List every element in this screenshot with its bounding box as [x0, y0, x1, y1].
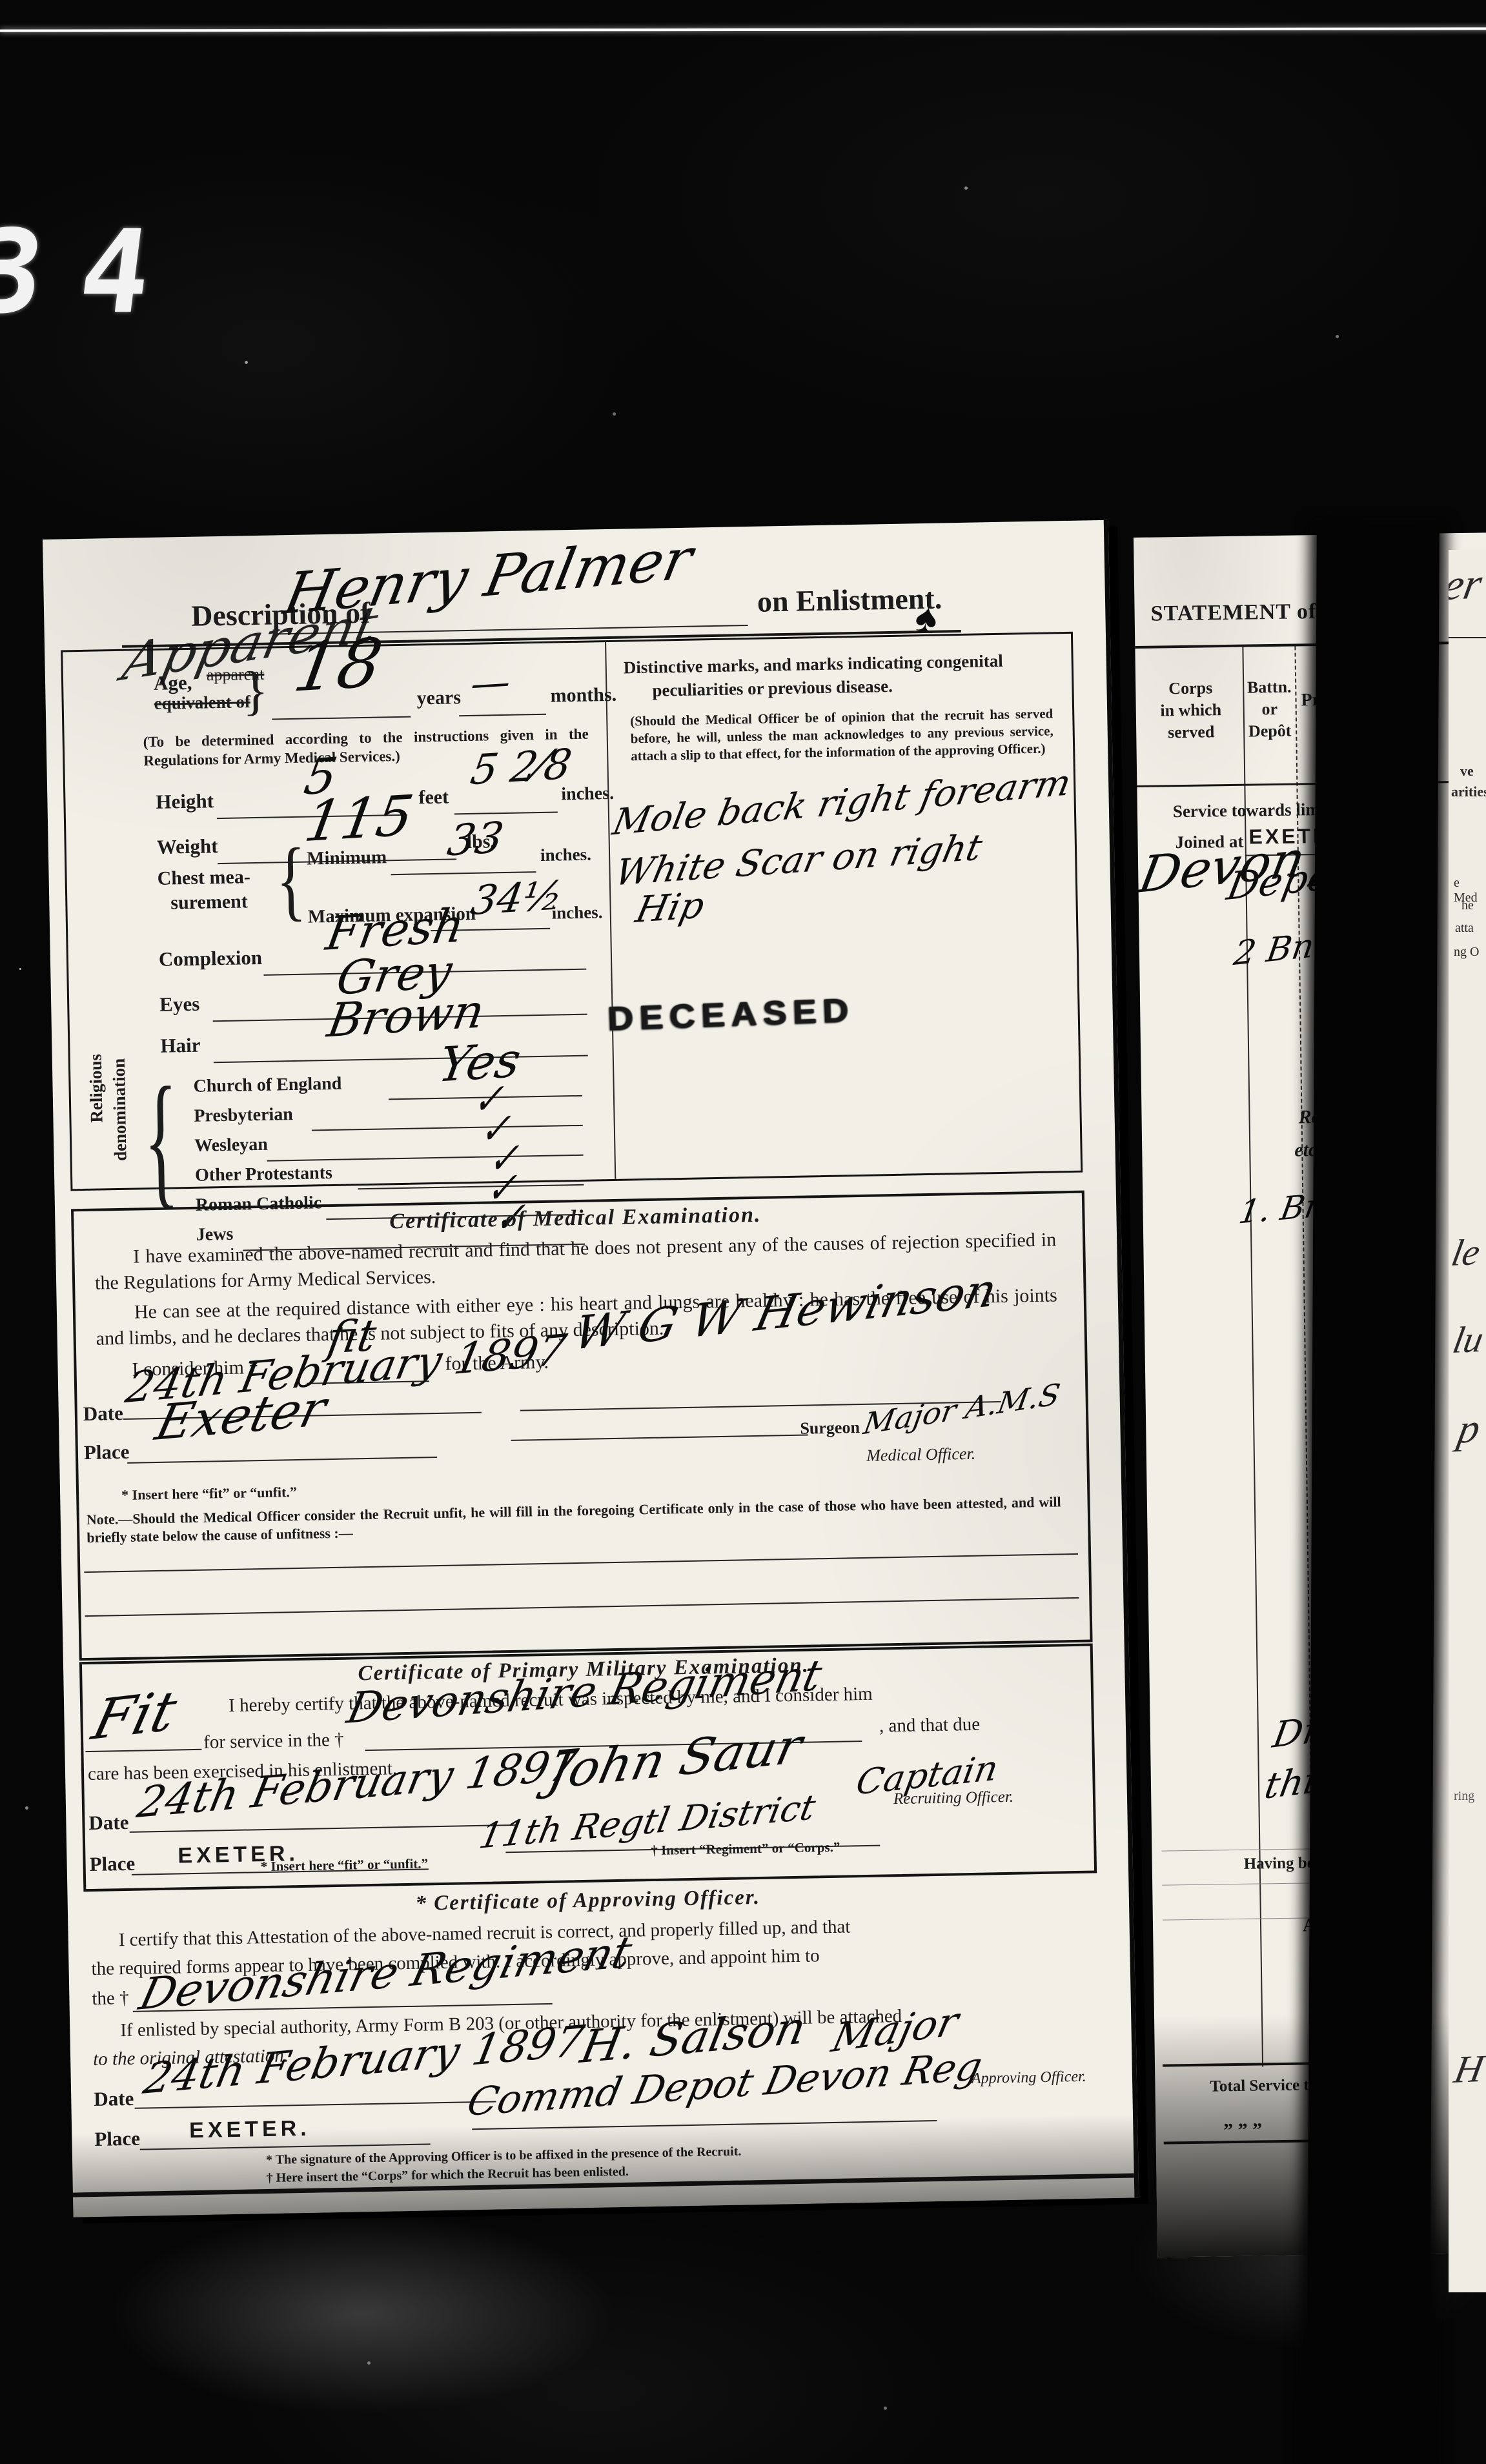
col2-line2: or — [1245, 698, 1293, 720]
film-dust-specks — [19, 968, 21, 970]
age-months-label: months. — [550, 684, 616, 707]
age-years-value: 18 — [289, 623, 388, 707]
sliver-fragment: he — [1461, 898, 1474, 913]
approving-blank-underline — [472, 2120, 937, 2130]
col2-line3: Depôt — [1246, 720, 1294, 742]
sliver-fragment: le — [1449, 1230, 1483, 1275]
chest-label-2: surement — [170, 891, 248, 914]
religion-row-label: Church of England — [193, 1074, 341, 1097]
medical-officer-printed: Medical Officer. — [866, 1444, 975, 1466]
surgeon-rank-printed: Surgeon — [800, 1418, 860, 1439]
approving-place-underline — [140, 2143, 431, 2150]
film-scratch-line — [0, 27, 1486, 32]
eyes-label: Eyes — [159, 993, 200, 1016]
age-brace: } — [241, 660, 269, 723]
sliver-fragment: arities — [1451, 783, 1486, 800]
chest-label-1: Chest mea- — [157, 866, 250, 890]
primary-line-2-suffix: , and that due — [879, 1714, 981, 1737]
complexion-label: Complexion — [159, 946, 263, 971]
sliver-fragment: ring — [1454, 1789, 1474, 1804]
ditto-marks: „ „ „ — [1223, 2109, 1262, 2132]
religion-row-label: Presbyterian — [194, 1104, 293, 1127]
medical-footnote: * Insert here “fit” or “unfit.” — [121, 1484, 297, 1504]
chest-brace: { — [275, 827, 307, 932]
height-inches-label: inches. — [561, 783, 614, 805]
service-towards-label: Service towards lim — [1173, 800, 1320, 822]
religion-row-label: Other Protestants — [195, 1163, 332, 1186]
entry-2bn: 2 Bn — [1232, 927, 1317, 973]
chest-min-label: Minimum — [307, 847, 387, 869]
primary-footnote-2: † Insert “Regiment” or “Corps.” — [651, 1839, 840, 1859]
chest-min-unit: inches. — [540, 845, 591, 865]
film-black-band — [1307, 529, 1440, 2464]
approving-officer-printed: Approving Officer. — [972, 2068, 1086, 2088]
age-struck-word-2: equivalent of — [154, 692, 250, 714]
statement-col2-header: Battn. or Depôt — [1245, 676, 1294, 742]
attestation-page: Description of Henry Palmer on Enlistmen… — [43, 520, 1139, 2217]
sliver-fragment: lu — [1450, 1317, 1486, 1362]
adjacent-page-sliver: er ve arities e Med he atta ng O le lu p… — [1449, 550, 1486, 2292]
approving-date-label: Date — [94, 2087, 134, 2111]
religion-side-label-2: denomination — [109, 1058, 131, 1162]
religion-row-label: Wesleyan — [194, 1135, 268, 1156]
approving-footnote-2: † Here insert the “Corps” for which the … — [266, 2165, 629, 2186]
approving-footnote-1: * The signature of the Approving Officer… — [266, 2145, 742, 2168]
chest-min-value: 33 — [444, 813, 507, 865]
marks-entry-3: Hip — [632, 885, 708, 931]
primary-date-label: Date — [88, 1811, 129, 1835]
approving-para1-line3: the † — [92, 1988, 129, 2010]
col1-line1: Corps — [1142, 677, 1239, 700]
approving-place-value: EXETER. — [189, 2116, 310, 2143]
sliver-fragment: p — [1454, 1404, 1484, 1453]
col2-line1: Battn. — [1245, 676, 1293, 699]
marks-note: (Should the Medical Officer be of opinio… — [630, 705, 1053, 765]
col1-line3: served — [1143, 720, 1239, 743]
primary-line-2-prefix: for service in the † — [203, 1730, 344, 1753]
primary-place-label: Place — [89, 1852, 135, 1876]
microfilm-frame: 34 Description of Henry Palmer on Enlist… — [0, 0, 1486, 2464]
frame-counter: 34 — [0, 205, 196, 339]
sliver-fragment: ng O — [1454, 945, 1479, 960]
height-inches-value: 5 2⁄8 — [467, 741, 575, 795]
height-feet-label: feet — [418, 787, 449, 809]
sliver-fragment: ve — [1460, 763, 1474, 780]
sliver-fragment: atta — [1455, 921, 1474, 936]
religion-side-label-1: Religious — [86, 1054, 107, 1123]
height-label: Height — [156, 789, 214, 814]
age-months-value: — — [467, 659, 514, 707]
approving-date-underline — [135, 2101, 496, 2109]
weight-value: 115 — [300, 783, 418, 854]
statement-col1-header: Corps in which served — [1142, 677, 1239, 743]
medical-place-label: Place — [84, 1440, 130, 1464]
approving-place-label: Place — [94, 2127, 140, 2151]
col1-line2: in which — [1143, 699, 1239, 722]
film-shadow-blob — [110, 2214, 613, 2414]
sliver-fragment: er — [1449, 558, 1486, 611]
chest-max-unit: inches. — [551, 902, 602, 923]
weight-label: Weight — [156, 834, 218, 859]
sliver-rule — [1449, 637, 1486, 638]
recruiting-officer-printed: Recruiting Officer. — [893, 1788, 1014, 1808]
primary-footnote-1: * Insert here “fit” or “unfit.” — [261, 1855, 429, 1875]
age-years-label: years — [416, 687, 461, 709]
sliver-fragment: H — [1450, 2046, 1486, 2092]
medical-date-label: Date — [83, 1402, 124, 1426]
page-title-suffix: on Enlistment. — [757, 581, 942, 618]
religion-brace: { — [143, 1053, 180, 1226]
